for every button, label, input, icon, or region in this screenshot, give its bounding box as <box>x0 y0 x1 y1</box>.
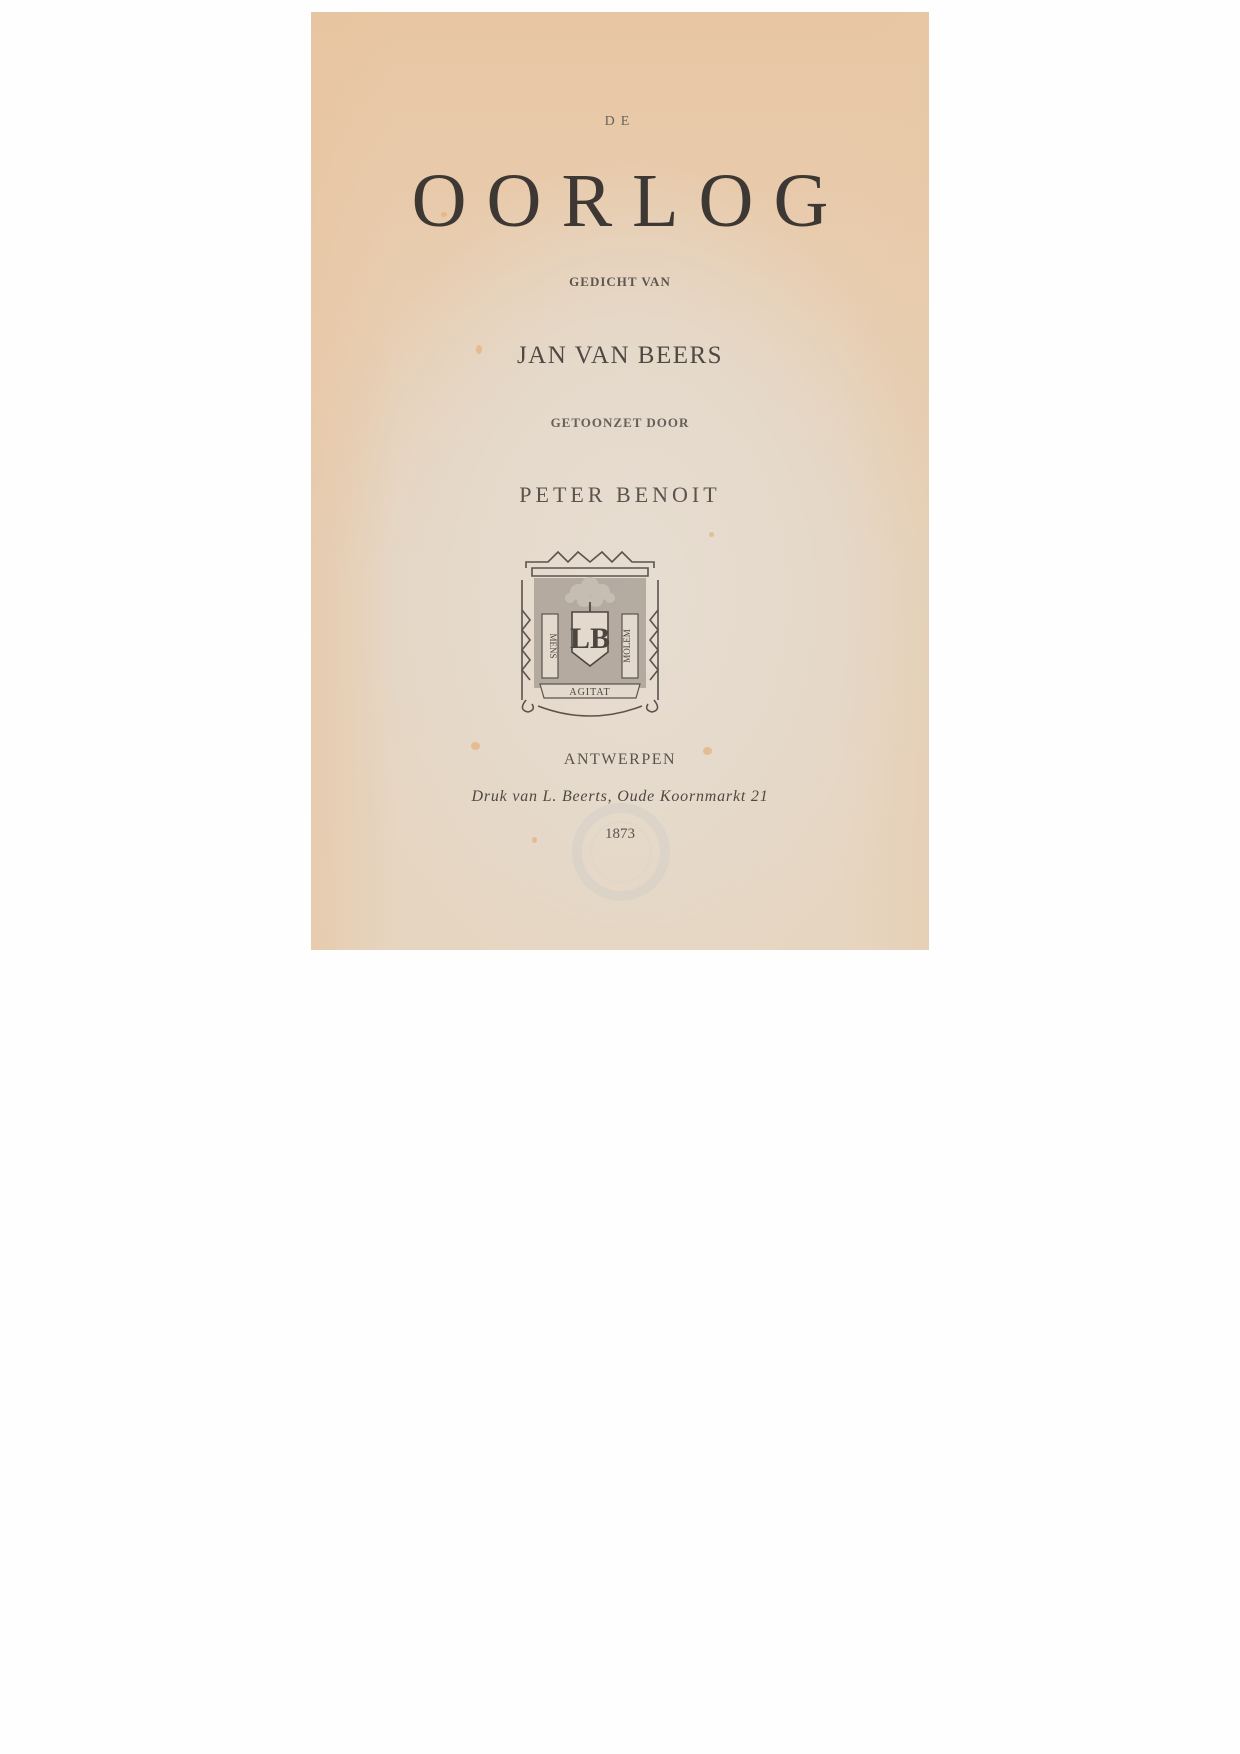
foxing-spot <box>471 742 480 750</box>
page-title: OORLOG <box>311 158 929 245</box>
poem-by-label: GEDICHT VAN <box>311 274 929 290</box>
motto-right: MOLEM <box>622 629 632 663</box>
composer-name: PETER BENOIT <box>311 482 929 508</box>
author-name: JAN VAN BEERS <box>311 342 929 370</box>
imprint-year: 1873 <box>311 826 929 843</box>
scanned-title-page: DE OORLOG GEDICHT VAN JAN VAN BEERS GETO… <box>311 12 929 950</box>
foxing-spot <box>709 532 714 537</box>
monogram: LB <box>570 622 610 655</box>
library-stamp-icon <box>571 802 671 902</box>
composed-by-label: GETOONZET DOOR <box>311 415 929 431</box>
imprint-printer: Druk van L. Beerts, Oude Koornmarkt 21 <box>311 788 929 806</box>
motto-banner: AGITAT <box>569 687 610 698</box>
motto-left: MENS <box>548 633 558 658</box>
printer-emblem-icon: MENS MOLEM LB AGITAT <box>518 550 662 722</box>
imprint-city: ANTWERPEN <box>311 751 929 769</box>
title-article: DE <box>311 114 929 130</box>
